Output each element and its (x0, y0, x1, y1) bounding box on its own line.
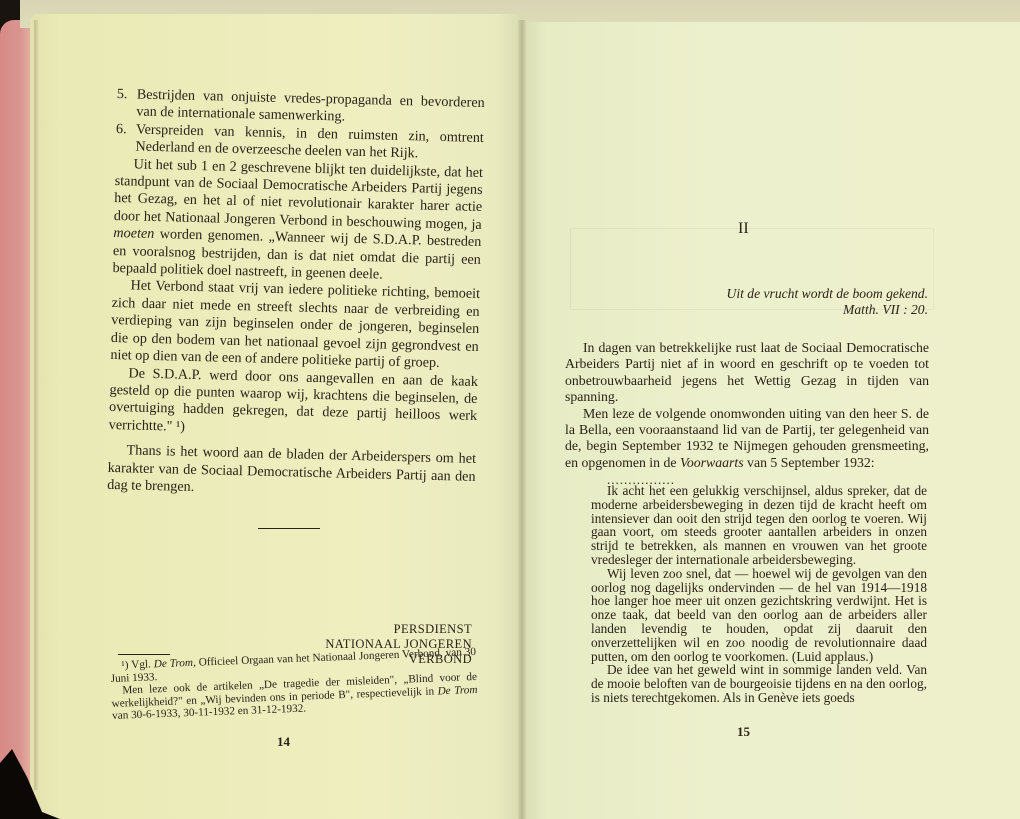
chapter-number: II (738, 220, 749, 238)
emphasis: Voorwaarts (680, 455, 744, 470)
book-cover-edge (0, 20, 34, 819)
left-page-body: 5. Bestrijden van onjuiste vredes-propag… (107, 86, 485, 503)
paragraph-text: van 5 September 1932: (744, 455, 875, 470)
quote-paragraph: De idee van het geweld wint in sommige l… (591, 663, 927, 704)
emphasis: moeten (113, 225, 154, 242)
emphasis: De Trom, (154, 657, 196, 671)
paragraph: In dagen van betrekkelijke rust laat de … (565, 340, 929, 406)
paragraph: Uit het sub 1 en 2 geschrevene blijkt te… (112, 156, 483, 287)
footnote-text: Vgl. (131, 658, 154, 671)
paragraph: De S.D.A.P. werd door ons aangevallen en… (108, 364, 478, 443)
motto-citation: Matth. VII : 20. (620, 302, 928, 318)
motto-quote: Uit de vrucht wordt de boom gekend. (620, 286, 928, 302)
book-gutter (518, 20, 526, 819)
paragraph: Thans is het woord aan de bladen der Arb… (107, 442, 476, 503)
quote-paragraph: Wij leven zoo snel, dat — hoewel wij de … (591, 567, 927, 664)
paragraph: Men leze de volgende onomwonden uiting v… (565, 406, 929, 472)
paragraph: Het Verbond staat vrij van iedere politi… (110, 277, 480, 373)
signature-line: PERSDIENST (272, 622, 472, 637)
section-divider (258, 528, 320, 529)
page-edge-shadow (34, 20, 38, 790)
right-page-body: In dagen van betrekkelijke rust laat de … (565, 340, 929, 471)
page-number-left: 14 (277, 734, 290, 750)
list-number: 5. (117, 86, 128, 104)
motto: Uit de vrucht wordt de boom gekend. Matt… (620, 286, 928, 318)
emphasis: De Trom (437, 684, 477, 698)
paragraph-text: worden genomen. „Wanneer wij de S.D.A.P.… (112, 226, 481, 282)
block-quote: Ik acht het een gelukkig verschijnsel, a… (591, 484, 927, 705)
quote-paragraph: Ik acht het een gelukkig verschijnsel, a… (591, 484, 927, 567)
footnote-divider (118, 654, 170, 655)
footnote-marker: ¹) (121, 659, 129, 671)
list-number: 6. (116, 121, 127, 139)
page-number-right: 15 (737, 724, 750, 740)
paragraph-text: Uit het sub 1 en 2 geschrevene blijkt te… (114, 156, 484, 233)
